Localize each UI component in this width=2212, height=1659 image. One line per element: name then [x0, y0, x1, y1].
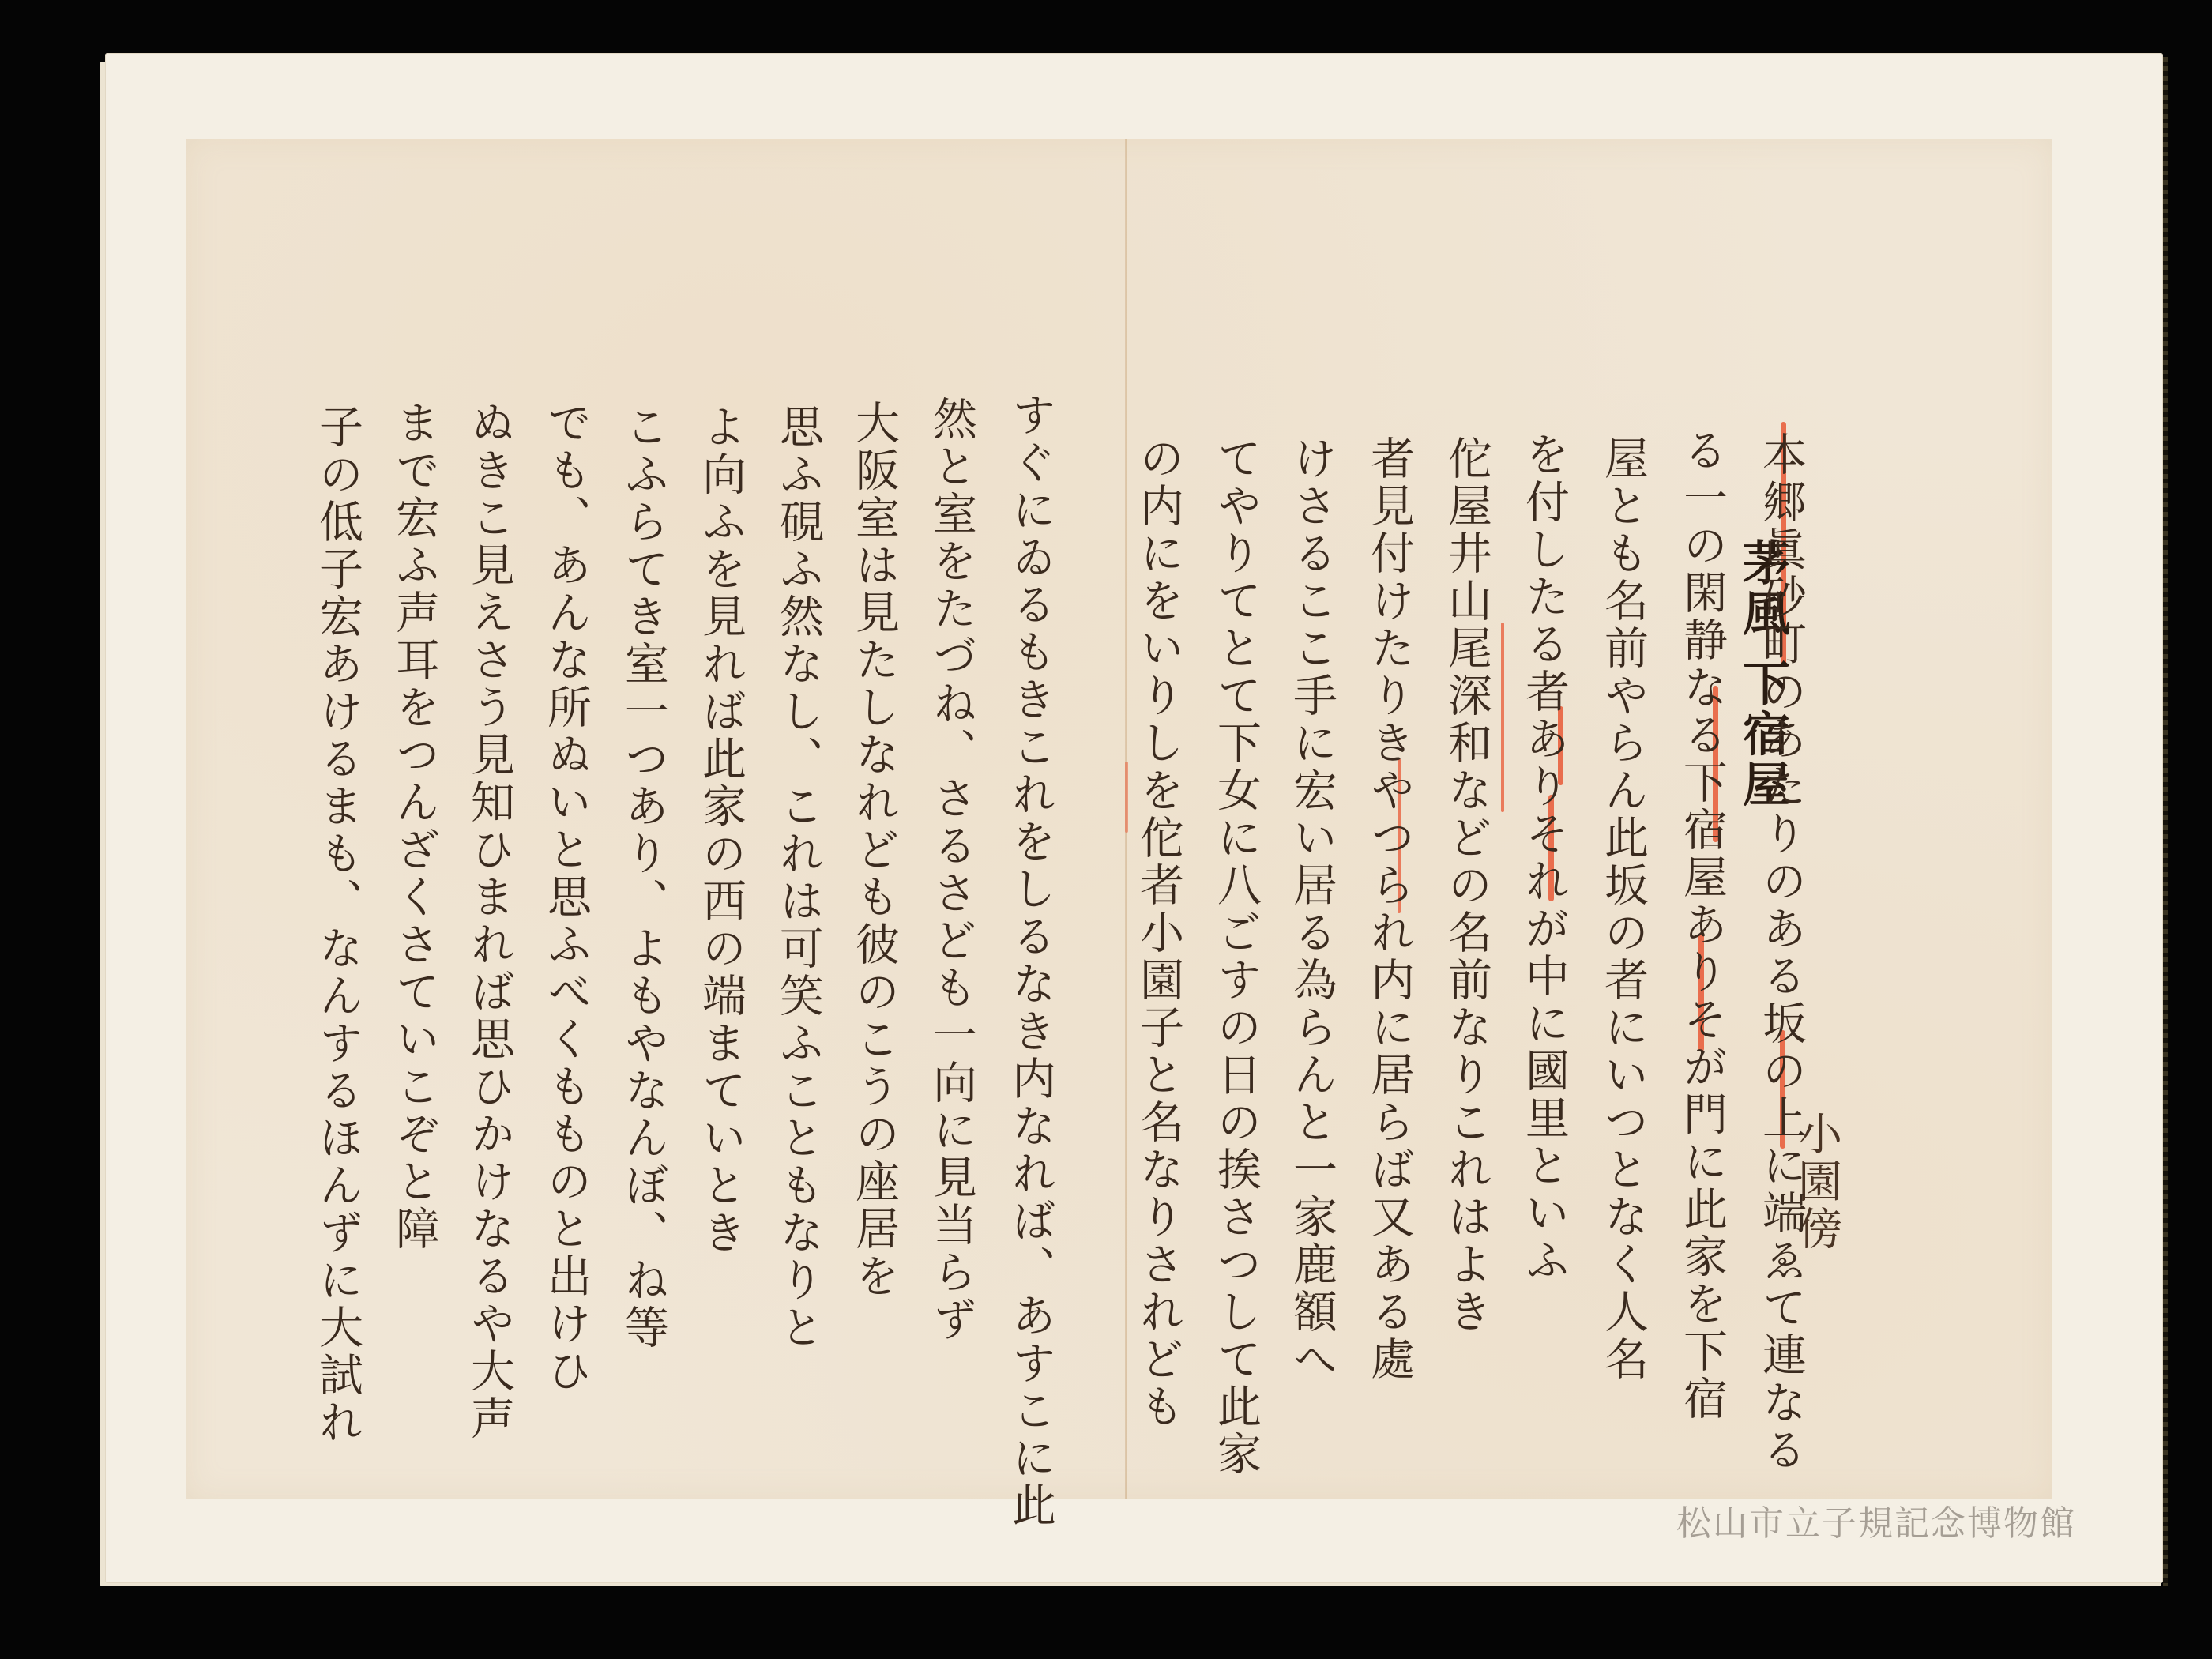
right-column-4: を付したる者ありそれが中に國里といふ [1522, 431, 1566, 1285]
left-column-1: すぐにゐるもきこれをしるなき内なれば、あすこに此 [1008, 392, 1052, 1529]
red-mark-9 [1125, 762, 1128, 833]
right-column-6: 者見付けたりきやつられ内に居らば又ある處 [1367, 435, 1411, 1383]
manuscript-paper: 茅風 下宿屋 小園傍 本郷眞砂町のあたりのある坂の上に端ゑて連なる る一の閑静な… [186, 139, 2052, 1499]
left-column-6: こふらてき室一つあり、よもやなんぼ、ね等 [621, 404, 665, 1352]
left-column-9: まで宏ふ声耳をつんざくさていこぞと障 [392, 400, 436, 1253]
left-column-10: 子の低子宏あけるまも、なんするほんずに大試れ [315, 404, 359, 1446]
red-mark-7 [1501, 623, 1504, 812]
right-column-3: 屋とも名前やらん此坂の者にいつとなく人名 [1601, 435, 1645, 1383]
museum-watermark: 松山市立子規記念博物館 [1676, 1495, 2076, 1545]
left-column-3: 大阪室は見たしなれども彼のこうの座居を [852, 400, 896, 1300]
right-column-5: 佗屋井山尾深和などの名前なりこれはよき [1444, 435, 1488, 1336]
left-column-7: でも、あんな所ぬいと思ふべくもものと出けひ [544, 400, 588, 1395]
right-column-1: 本郷眞砂町のあたりのある坂の上に端ゑて連なる [1759, 431, 1803, 1474]
left-column-5: よ向ふを見れば此家の西の端まていとき [698, 404, 743, 1257]
right-column-8: てやりてとて下女に八ごすの日の挨さつして此家 [1213, 435, 1258, 1478]
left-column-8: ぬきこ見えさう見知ひまれば思ひかけなるや大声 [467, 400, 511, 1443]
mat-right-edge [2163, 57, 2168, 1586]
right-column-7: けさるここ手に宏い居る為らんと一家鹿額へ [1289, 435, 1334, 1383]
right-column-2: る一の閑静なる下宿屋ありそが門に此家を下宿 [1680, 427, 1724, 1423]
right-column-9: の内にをいりしを佗者小園子と名なりされども [1136, 435, 1180, 1431]
left-column-2: 然と室をたづね、さるさども一向に見当らず [929, 396, 973, 1344]
left-column-4: 思ふ硯ふ然なし、これは可笑ふこともなりと [776, 404, 820, 1352]
